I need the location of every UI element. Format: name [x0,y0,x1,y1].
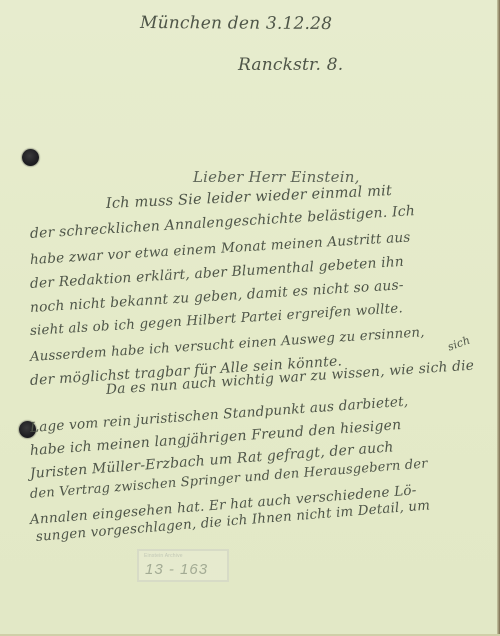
archive-stamp-header: Einstein Archive [144,553,183,559]
salutation: Lieber Herr Einstein, [193,168,360,186]
place-date: München den 3.12.28 [140,13,332,34]
letter-page: München den 3.12.28 Ranckstr. 8. Lieber … [0,0,500,636]
archive-stamp: Einstein Archive 13 - 163 [137,549,229,582]
insertion-sich: sich [446,333,472,353]
archive-stamp-number: 13 - 163 [145,561,208,578]
punch-hole-top [22,149,39,166]
sender-address: Ranckstr. 8. [238,55,343,75]
